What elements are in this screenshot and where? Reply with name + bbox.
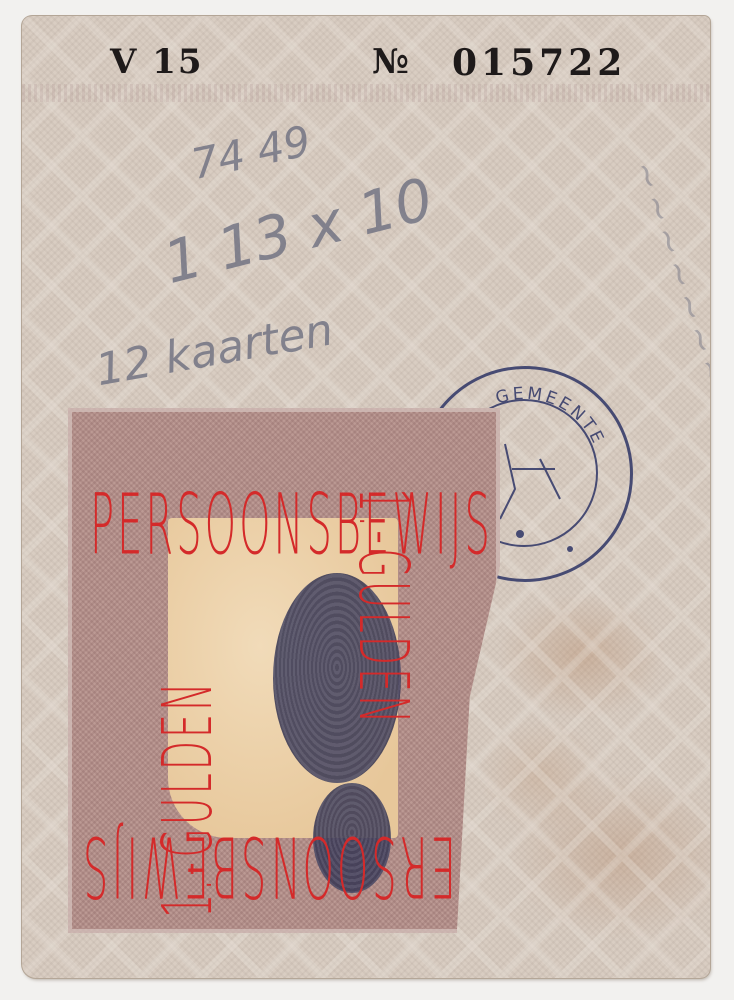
handwritten-line-1: 74 49: [187, 116, 315, 189]
handwritten-side-note: ~~~~~~~~: [624, 156, 710, 431]
identity-card: V 15 № 015722 74 49 1 13 x 10 12 kaarten…: [22, 16, 710, 978]
stamp-text: GEMEENTE: [493, 384, 608, 449]
revenue-stamp-top-text: PERSOONSBEWIJS: [90, 478, 493, 575]
svg-text:GEMEENTE: GEMEENTE: [493, 384, 608, 449]
handwritten-line-3: 12 kaarten: [92, 304, 337, 396]
serial-number-label: №: [372, 42, 409, 82]
serial-number: 015722: [452, 42, 626, 84]
header-band: [22, 84, 710, 102]
revenue-stamp: PERSOONSBEWIJS PERSOONSBEWIJS 1.-GULDEN …: [68, 408, 500, 933]
revenue-stamp-left-text: 1.-GULDEN: [148, 680, 227, 919]
series-code: V 15: [110, 42, 204, 82]
revenue-stamp-right-text: 1.-GULDEN: [344, 488, 423, 727]
revenue-stamp-bottom-text: PERSOONSBEWIJS: [80, 816, 483, 913]
